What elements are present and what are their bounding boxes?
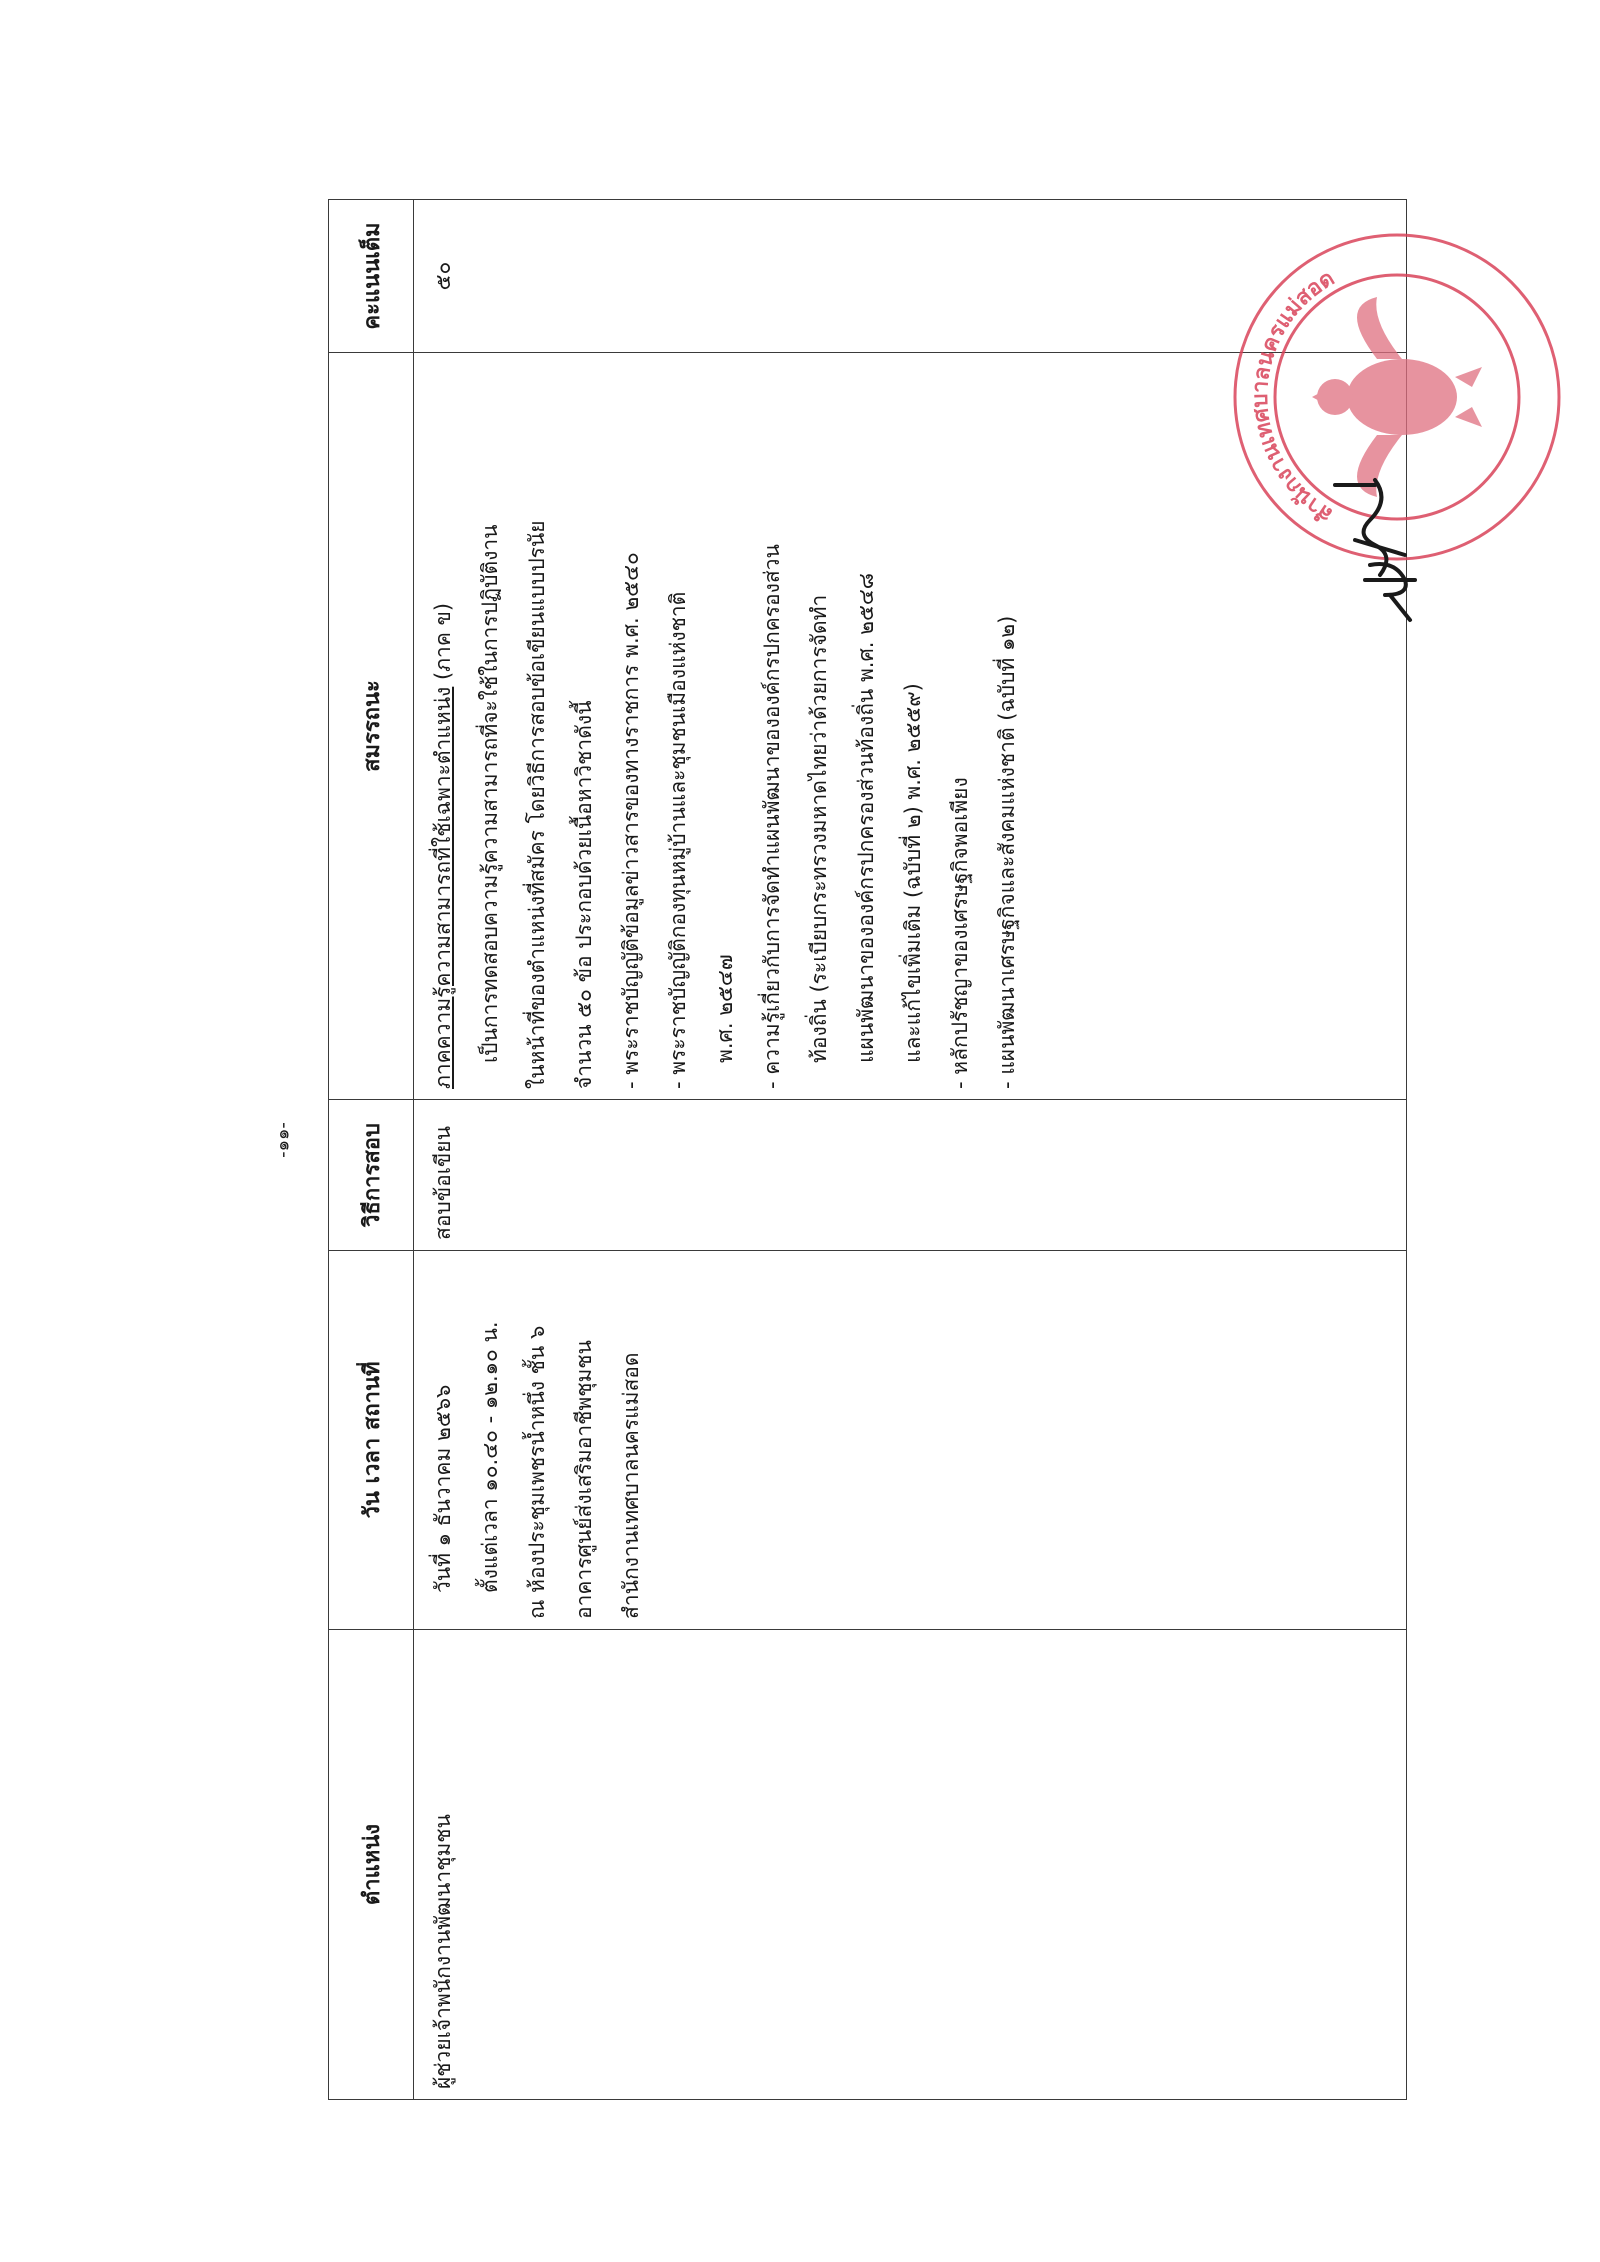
exam-building: อาคารศูนย์ส่งเสริมอาชีพชุมชน — [561, 1261, 608, 1619]
header-position: ตำแหน่ง — [329, 1630, 414, 2100]
cell-datetime: วันที่ ๑ ธันวาคม ๒๕๖๖ ตั้งแต่เวลา ๑๐.๔๐ … — [414, 1251, 1407, 1630]
exam-time: ตั้งแต่เวลา ๑๐.๔๐ - ๑๒.๑๐ น. — [467, 1261, 514, 1619]
header-full-score: คะแนนเต็ม — [329, 200, 414, 353]
cell-method: สอบข้อเขียน — [414, 1100, 1407, 1251]
list-item: - แผนพัฒนาเศรษฐกิจและสังคมแห่งชาติ (ฉบับ… — [984, 363, 1031, 1089]
page-number: -๑๑- — [262, 1110, 302, 1170]
header-method: วิธีการสอบ — [329, 1100, 414, 1251]
list-item: - พระราชบัญญัติข้อมูลข่าวสารของทางราชการ… — [608, 363, 655, 1089]
exam-date: วันที่ ๑ ธันวาคม ๒๕๖๖ — [420, 1261, 467, 1619]
cell-position: ผู้ช่วยเจ้าพนักงานพัฒนาชุมชน — [414, 1630, 1407, 2100]
competency-heading: ภาคความรู้ความสามารถที่ใช้เฉพาะตำแหน่ง (… — [420, 363, 467, 1089]
exam-room: ณ ห้องประชุมเพชรน้ำหนึ่ง ชั้น ๖ — [514, 1261, 561, 1619]
header-competency: สมรรถนะ — [329, 353, 414, 1100]
list-item: - ความรู้เกี่ยวกับการจัดทำแผนพัฒนาขององค… — [749, 363, 796, 1089]
header-datetime: วัน เวลา สถานที่ — [329, 1251, 414, 1630]
signature-icon — [1315, 445, 1435, 625]
list-item: - พระราชบัญญัติกองทุนหมู่บ้านและชุมชนเมื… — [655, 363, 702, 1089]
list-item: - หลักปรัชญาของเศรษฐกิจพอเพียง — [937, 363, 984, 1089]
exam-office: สำนักงานเทศบาลนครแม่สอด — [608, 1261, 655, 1619]
header-row: ตำแหน่ง วัน เวลา สถานที่ วิธีการสอบ สมรร… — [329, 200, 414, 2100]
